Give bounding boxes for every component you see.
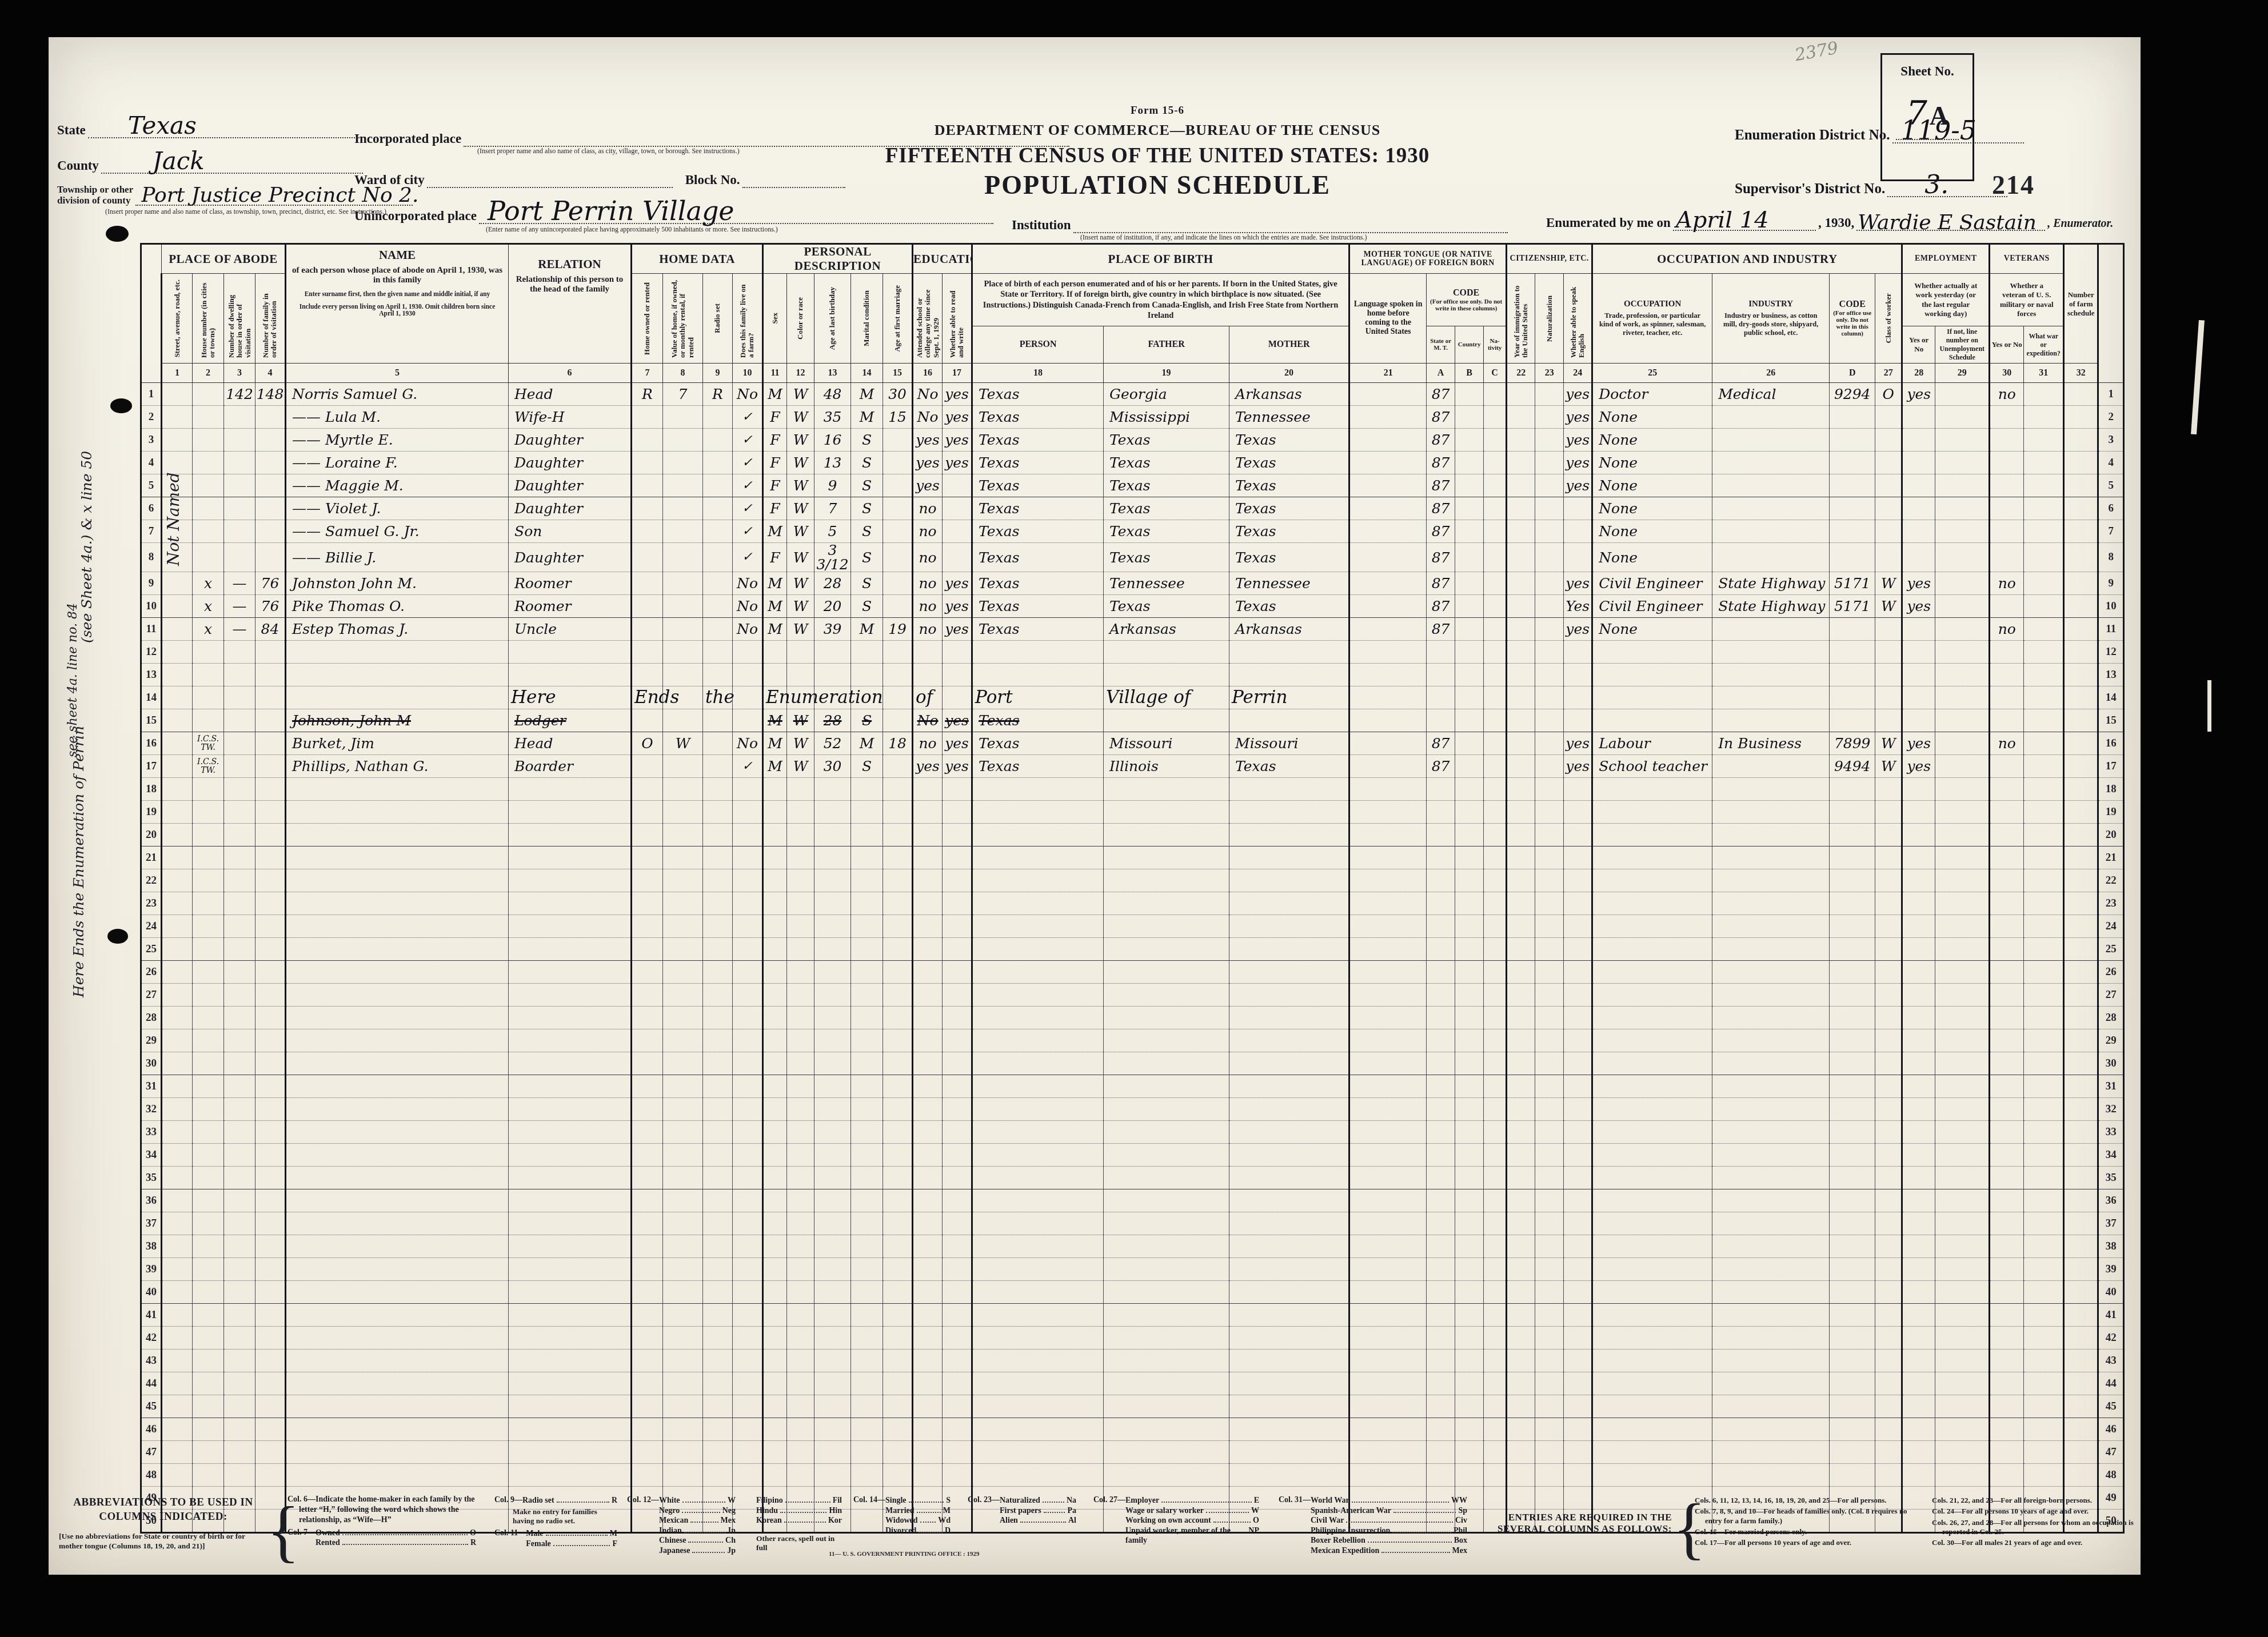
cell-agem <box>883 1281 913 1304</box>
cell-pbm <box>1229 641 1349 664</box>
cell-pbf <box>1104 938 1229 961</box>
cell-ind <box>1712 1007 1830 1029</box>
birth-father-header: FATHER <box>1104 326 1229 364</box>
cell-age <box>814 984 851 1007</box>
cell-occ <box>1592 1007 1712 1029</box>
cell-vet <box>1990 474 2024 497</box>
cell-cd <box>1830 915 1875 938</box>
cell-farm <box>733 1327 763 1349</box>
cell-mar <box>851 1029 883 1052</box>
cell-radio <box>703 1167 733 1189</box>
cell-cc <box>1484 1418 1507 1441</box>
cell-fam <box>255 1418 286 1441</box>
col-school-header: Attended school or college any time sinc… <box>913 274 943 364</box>
cell-name <box>286 1189 509 1212</box>
cell-pbf <box>1104 1212 1229 1235</box>
cell-rel: Head <box>509 383 632 406</box>
cell-radio <box>703 1372 733 1395</box>
cell-cd <box>1830 1029 1875 1052</box>
cell-pb: Texas <box>972 520 1104 543</box>
cell-cc <box>1484 543 1507 572</box>
cell-radio <box>703 452 733 474</box>
line-number-right: 36 <box>2098 1189 2124 1212</box>
line-number-left: 25 <box>141 938 162 961</box>
cell-farm <box>733 709 763 732</box>
cell-fam <box>255 474 286 497</box>
cell-imm <box>1507 755 1535 778</box>
line-number-right: 22 <box>2098 869 2124 892</box>
cell-empline <box>1935 520 1990 543</box>
cell-agem <box>883 938 913 961</box>
cell-age: 5 <box>814 520 851 543</box>
cell-fam <box>255 1121 286 1144</box>
cell-empline <box>1935 595 1990 618</box>
cell-read <box>943 778 972 801</box>
cell-fam <box>255 406 286 429</box>
cell-pbm <box>1229 1258 1349 1281</box>
cell-sex <box>763 824 787 847</box>
cell-agem <box>883 572 913 595</box>
cell-ca <box>1427 1281 1455 1304</box>
column-number: 8 <box>663 364 703 383</box>
schedule-row: 17I.C.S. TW.Phillips, Nathan G.Boarder✓M… <box>141 755 2124 778</box>
line-number-left: 9 <box>141 572 162 595</box>
cell-name <box>286 801 509 824</box>
cell-ca <box>1427 1258 1455 1281</box>
schedule-row: 15Johnson, John MLodgerMW28SNoyesTexas15 <box>141 709 2124 732</box>
cell-cc <box>1484 618 1507 641</box>
cell-imm <box>1507 1258 1535 1281</box>
cell-sex <box>763 1052 787 1075</box>
cell-rel <box>509 1029 632 1052</box>
cell-street <box>162 824 193 847</box>
employment-line-header: If not, line number on Unemployment Sche… <box>1935 326 1990 364</box>
cell-ca <box>1427 641 1455 664</box>
cell-nat <box>1535 1464 1564 1487</box>
cell-cc <box>1484 595 1507 618</box>
cell-empline <box>1935 497 1990 520</box>
cell-pb <box>972 1372 1104 1395</box>
cell-lang <box>1349 664 1427 686</box>
cell-dwell <box>224 452 255 474</box>
cell-ca <box>1427 1441 1455 1464</box>
line-number-right: 47 <box>2098 1441 2124 1464</box>
cell-pbf <box>1104 1189 1229 1212</box>
cell-cls <box>1875 543 1902 572</box>
cell-name <box>286 1418 509 1441</box>
cell-war <box>2024 406 2064 429</box>
cell-mar <box>851 1167 883 1189</box>
cell-eng <box>1564 778 1592 801</box>
cell-pbf <box>1104 1167 1229 1189</box>
cell-rel: Son <box>509 520 632 543</box>
cell-emp <box>1902 1144 1935 1167</box>
cell-street <box>162 961 193 984</box>
schedule-row: 1818 <box>141 778 2124 801</box>
cell-war <box>2024 474 2064 497</box>
cell-cls <box>1875 1418 1902 1441</box>
cell-fam <box>255 1029 286 1052</box>
line-number-right: 37 <box>2098 1212 2124 1235</box>
cell-house <box>193 520 224 543</box>
cell-lang <box>1349 1327 1427 1349</box>
cell-empline <box>1935 915 1990 938</box>
cell-fam <box>255 1395 286 1418</box>
cell-rel <box>509 869 632 892</box>
cell-cb <box>1455 618 1484 641</box>
cell-age <box>814 824 851 847</box>
cell-own <box>632 1349 663 1372</box>
schedule-row: 4040 <box>141 1281 2124 1304</box>
scan-artifact <box>2207 680 2211 732</box>
schedule-row: 2323 <box>141 892 2124 915</box>
cell-read <box>943 1464 972 1487</box>
cell-cb <box>1455 1052 1484 1075</box>
cell-nat <box>1535 732 1564 755</box>
cell-ca <box>1427 1098 1455 1121</box>
cell-rel <box>509 641 632 664</box>
cell-cc <box>1484 1372 1507 1395</box>
group-citizenship: CITIZENSHIP, ETC. <box>1507 244 1592 274</box>
cell-age: 52 <box>814 732 851 755</box>
cell-mar: S <box>851 429 883 452</box>
cell-sex <box>763 1098 787 1121</box>
cell-vet <box>1990 1212 2024 1235</box>
schedule-row: 4242 <box>141 1327 2124 1349</box>
cell-eng <box>1564 1007 1592 1029</box>
column-number: 16 <box>913 364 943 383</box>
cell-own <box>632 961 663 984</box>
schedule-row: 2525 <box>141 938 2124 961</box>
cell-sch <box>913 641 943 664</box>
cell-lang <box>1349 869 1427 892</box>
cell-nat <box>1535 1441 1564 1464</box>
cell-vet <box>1990 664 2024 686</box>
cell-cd <box>1830 1007 1875 1029</box>
cell-street <box>162 1395 193 1418</box>
line-number-left: 30 <box>141 1052 162 1075</box>
cell-val <box>663 429 703 452</box>
cell-fam <box>255 641 286 664</box>
column-number: 14 <box>851 364 883 383</box>
cell-vet <box>1990 1144 2024 1167</box>
cell-fam <box>255 520 286 543</box>
cell-cb <box>1455 572 1484 595</box>
col-industry-header: INDUSTRY Industry or business, as cotton… <box>1712 274 1830 364</box>
schedule-row: 2727 <box>141 984 2124 1007</box>
cell-eng <box>1564 1464 1592 1487</box>
cell-val <box>663 1395 703 1418</box>
cell-color <box>787 1258 814 1281</box>
cell-ind <box>1712 1441 1830 1464</box>
cell-occ <box>1592 801 1712 824</box>
cell-pbf: Village of <box>1104 686 1229 709</box>
cell-street <box>162 1167 193 1189</box>
cell-age <box>814 1235 851 1258</box>
cell-sex <box>763 1235 787 1258</box>
cell-name: —— Samuel G. Jr. <box>286 520 509 543</box>
cell-cls <box>1875 1098 1902 1121</box>
cell-pb <box>972 1464 1104 1487</box>
cell-rel <box>509 1372 632 1395</box>
cell-cls <box>1875 824 1902 847</box>
cell-val <box>663 572 703 595</box>
cell-fam <box>255 429 286 452</box>
cell-imm <box>1507 1007 1535 1029</box>
cell-street <box>162 1304 193 1327</box>
cell-cls <box>1875 961 1902 984</box>
cell-street <box>162 686 193 709</box>
cell-ind <box>1712 1052 1830 1075</box>
cell-street <box>162 1212 193 1235</box>
cell-empline <box>1935 801 1990 824</box>
cell-empline <box>1935 1052 1990 1075</box>
cell-cls <box>1875 429 1902 452</box>
cell-dwell <box>224 543 255 572</box>
cell-color <box>787 1052 814 1075</box>
cell-pbm: Texas <box>1229 543 1349 572</box>
cell-pbm: Texas <box>1229 429 1349 452</box>
cell-nat <box>1535 1281 1564 1304</box>
cell-cc <box>1484 709 1507 732</box>
cell-lang <box>1349 1395 1427 1418</box>
cell-cb <box>1455 520 1484 543</box>
line-number-right: 27 <box>2098 984 2124 1007</box>
line-number-right: 1 <box>2098 383 2124 406</box>
cell-pbf <box>1104 801 1229 824</box>
col-family-number-header: Number of family in order of visitation <box>255 274 286 364</box>
cell-pbm <box>1229 984 1349 1007</box>
cell-lang <box>1349 497 1427 520</box>
cell-vet: no <box>1990 383 2024 406</box>
cell-radio <box>703 520 733 543</box>
cell-imm <box>1507 641 1535 664</box>
cell-pb: Texas <box>972 383 1104 406</box>
cell-cd <box>1830 1144 1875 1167</box>
cell-val <box>663 543 703 572</box>
cell-pbm: Perrin <box>1229 686 1349 709</box>
cell-pb <box>972 1235 1104 1258</box>
cell-color: W <box>787 406 814 429</box>
cell-ca <box>1427 1007 1455 1029</box>
cell-vet <box>1990 1029 2024 1052</box>
cell-age <box>814 1098 851 1121</box>
cell-fs <box>2064 1327 2098 1349</box>
cell-war <box>2024 497 2064 520</box>
cell-read <box>943 1121 972 1144</box>
cell-war <box>2024 1212 2064 1235</box>
cell-mar <box>851 1121 883 1144</box>
cell-own <box>632 641 663 664</box>
cell-farm <box>733 1075 763 1098</box>
line-number-left: 47 <box>141 1441 162 1464</box>
cell-lang <box>1349 618 1427 641</box>
cell-cls <box>1875 709 1902 732</box>
cell-rel: Roomer <box>509 572 632 595</box>
cell-fs <box>2064 543 2098 572</box>
cell-imm <box>1507 1212 1535 1235</box>
cell-pbf <box>1104 1075 1229 1098</box>
cell-cc <box>1484 824 1507 847</box>
cell-sch: no <box>913 595 943 618</box>
cell-occ <box>1592 984 1712 1007</box>
cell-dwell <box>224 801 255 824</box>
cell-war <box>2024 686 2064 709</box>
cell-empline <box>1935 1372 1990 1395</box>
column-name-header: NAME of each person whose place of abode… <box>286 244 509 364</box>
cell-occ <box>1592 1258 1712 1281</box>
cell-val <box>663 618 703 641</box>
cell-nat <box>1535 824 1564 847</box>
cell-fs <box>2064 1418 2098 1441</box>
cell-sex <box>763 984 787 1007</box>
cell-read <box>943 984 972 1007</box>
cell-val <box>663 1235 703 1258</box>
cell-dwell: — <box>224 572 255 595</box>
cell-cls <box>1875 778 1902 801</box>
cell-pbm <box>1229 1052 1349 1075</box>
column-farm-schedule-header: Number of farm schedule <box>2064 244 2098 364</box>
cell-ca <box>1427 801 1455 824</box>
cell-radio <box>703 1395 733 1418</box>
cell-fs <box>2064 1029 2098 1052</box>
cell-sex <box>763 1212 787 1235</box>
cell-radio <box>703 641 733 664</box>
cell-color <box>787 1418 814 1441</box>
cell-empline <box>1935 1144 1990 1167</box>
cell-emp <box>1902 1029 1935 1052</box>
cell-imm <box>1507 429 1535 452</box>
cell-cb <box>1455 892 1484 915</box>
cell-cc <box>1484 1487 1507 1510</box>
cell-mar <box>851 984 883 1007</box>
cell-war <box>2024 1258 2064 1281</box>
cell-vet <box>1990 1235 2024 1258</box>
cell-name: Pike Thomas O. <box>286 595 509 618</box>
col-farm-header: Does this family live on a farm? <box>733 274 763 364</box>
cell-cls: W <box>1875 732 1902 755</box>
cell-occ: None <box>1592 497 1712 520</box>
cell-dwell <box>224 429 255 452</box>
cell-radio <box>703 543 733 572</box>
cell-emp <box>1902 1052 1935 1075</box>
col-read-write-header: Whether able to read and write <box>943 274 972 364</box>
cell-rel <box>509 824 632 847</box>
cell-pbf: Illinois <box>1104 755 1229 778</box>
cell-war <box>2024 938 2064 961</box>
cell-mar <box>851 1441 883 1464</box>
cell-nat <box>1535 595 1564 618</box>
cell-emp <box>1902 497 1935 520</box>
cell-cb <box>1455 429 1484 452</box>
cell-agem <box>883 1167 913 1189</box>
cell-val <box>663 801 703 824</box>
cell-lang <box>1349 984 1427 1007</box>
line-number-left: 11 <box>141 618 162 641</box>
schedule-row: 5—— Maggie M.Daughter✓FW9SyesTexasTexasT… <box>141 474 2124 497</box>
cell-house <box>193 1098 224 1121</box>
group-veterans: VETERANS <box>1990 244 2064 274</box>
cell-color <box>787 1212 814 1235</box>
cell-rel <box>509 892 632 915</box>
cell-nat <box>1535 709 1564 732</box>
cell-emp <box>1902 1327 1935 1349</box>
cell-read <box>943 1395 972 1418</box>
cell-street <box>162 938 193 961</box>
cell-sex <box>763 1349 787 1372</box>
cell-cls <box>1875 641 1902 664</box>
cell-ca: 87 <box>1427 497 1455 520</box>
cell-cb <box>1455 755 1484 778</box>
cell-radio <box>703 732 733 755</box>
cell-agem <box>883 474 913 497</box>
ward-field: Ward of city Block No. <box>354 173 845 188</box>
cell-sex <box>763 1464 787 1487</box>
employment-description: Whether actually at work yesterday (or t… <box>1902 274 1990 326</box>
cell-color <box>787 1464 814 1487</box>
cell-imm <box>1507 709 1535 732</box>
cell-fs <box>2064 1098 2098 1121</box>
cell-sch <box>913 938 943 961</box>
cell-sex <box>763 1395 787 1418</box>
cell-cd <box>1830 1441 1875 1464</box>
cell-cd <box>1830 892 1875 915</box>
cell-cd <box>1830 824 1875 847</box>
cell-fs <box>2064 686 2098 709</box>
cell-read <box>943 869 972 892</box>
cell-mar <box>851 1189 883 1212</box>
cell-ca <box>1427 869 1455 892</box>
cell-sch <box>913 1167 943 1189</box>
birth-mother-header: MOTHER <box>1229 326 1349 364</box>
schedule-row: 1212 <box>141 641 2124 664</box>
cell-own: R <box>632 383 663 406</box>
cell-empline <box>1935 452 1990 474</box>
cell-house <box>193 1144 224 1167</box>
cell-street <box>162 641 193 664</box>
cell-read <box>943 847 972 869</box>
cell-age: 28 <box>814 709 851 732</box>
cell-age: 13 <box>814 452 851 474</box>
cell-agem <box>883 869 913 892</box>
cell-fs <box>2064 1464 2098 1487</box>
cell-color <box>787 641 814 664</box>
line-number-left: 7 <box>141 520 162 543</box>
cell-fam <box>255 755 286 778</box>
cell-nat <box>1535 1121 1564 1144</box>
cell-name: Phillips, Nathan G. <box>286 755 509 778</box>
cell-fam: 76 <box>255 595 286 618</box>
cell-emp <box>1902 778 1935 801</box>
cell-mar <box>851 1281 883 1304</box>
cell-dwell <box>224 938 255 961</box>
cell-house <box>193 686 224 709</box>
cell-war <box>2024 1327 2064 1349</box>
cell-fs <box>2064 892 2098 915</box>
cell-own <box>632 543 663 572</box>
cell-val <box>663 1144 703 1167</box>
cell-sch <box>913 1258 943 1281</box>
cell-radio <box>703 1075 733 1098</box>
cell-fs <box>2064 938 2098 961</box>
cell-cd <box>1830 984 1875 1007</box>
line-number-left: 35 <box>141 1167 162 1189</box>
cell-pbf: Texas <box>1104 429 1229 452</box>
cell-radio <box>703 801 733 824</box>
cell-imm <box>1507 1144 1535 1167</box>
cell-radio <box>703 1029 733 1052</box>
cell-empline <box>1935 1395 1990 1418</box>
